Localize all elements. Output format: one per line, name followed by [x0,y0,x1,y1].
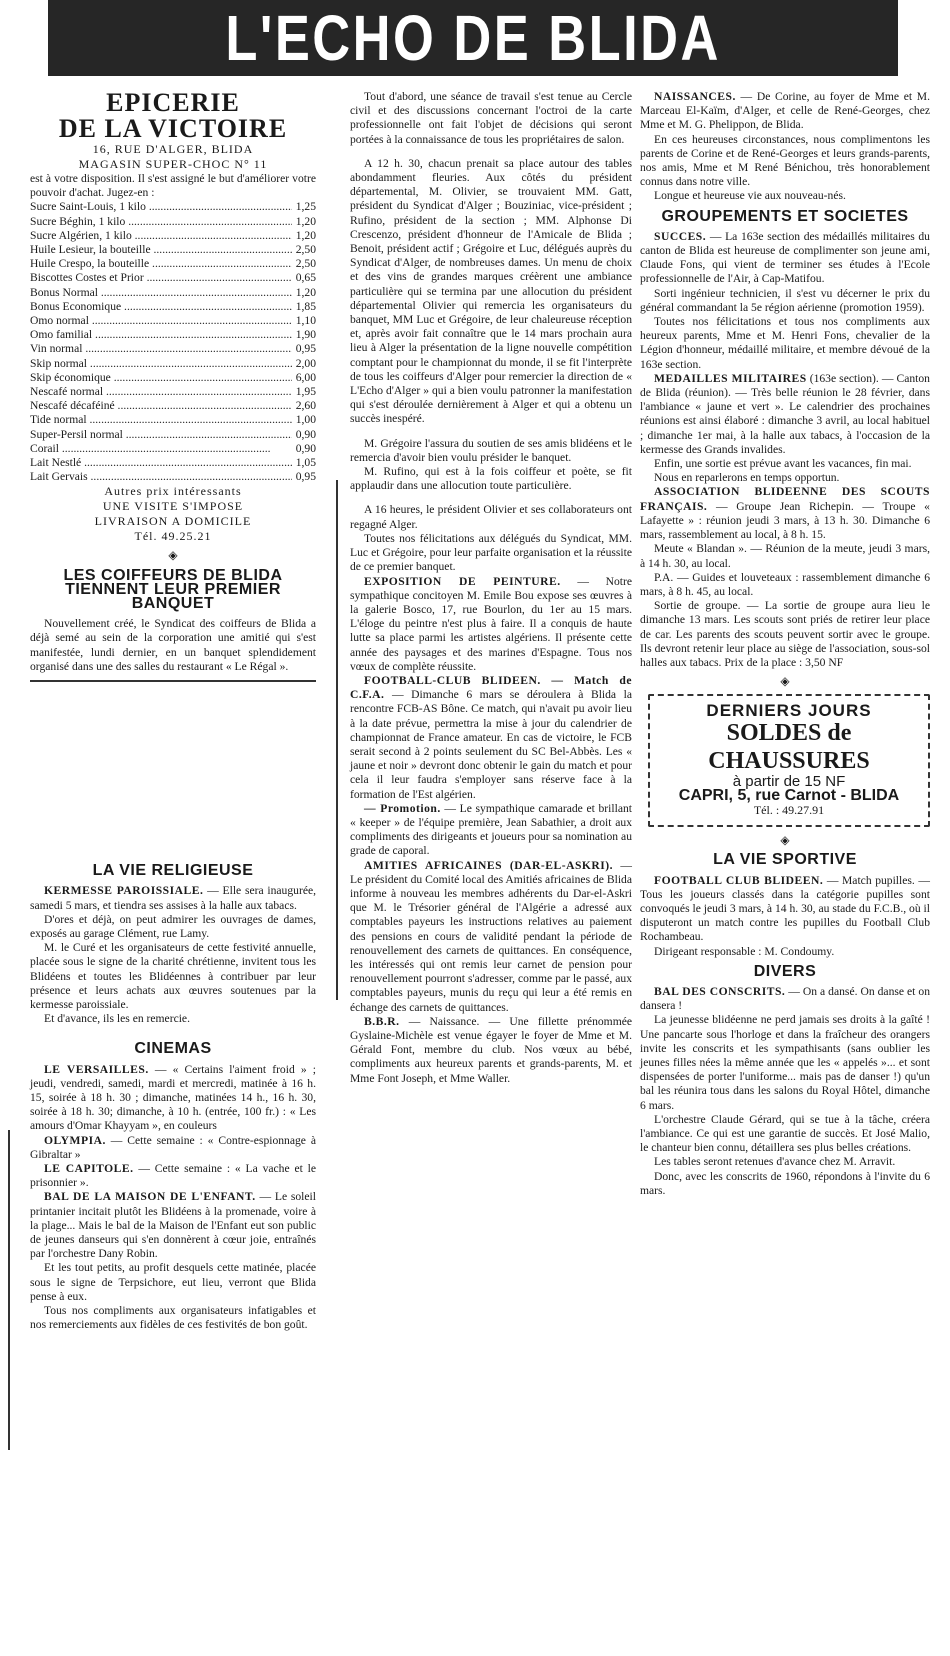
scouts-p3: P.A. — Guides et louveteaux : rassemblem… [640,571,930,599]
price-value: 1,25 [292,200,316,214]
price-value: 6,00 [292,371,316,385]
naissances-rubric: NAISSANCES. [654,90,736,103]
price-value: 0,90 [292,428,316,442]
price-value: 1,85 [292,300,316,314]
price-row: Sucre Algérien, 1 kilo1,20 [30,229,316,243]
coiffeurs-p5: M. Rufino, qui est à la fois coiffeur et… [350,465,632,493]
fcb-rubric: FOOTBALL CLUB BLIDEEN. [654,874,823,887]
succes-p2: Sorti ingénieur technicien, il s'est vu … [640,287,930,315]
price-row: Omo normal1,10 [30,314,316,328]
epicerie-footer-2: UNE VISITE S'IMPOSE [30,499,316,514]
promotion-rubric: — Promotion. [364,802,441,815]
scouts-p4: Sortie de groupe. — La sortie de groupe … [640,599,930,670]
price-row: Lait Nestlé1,05 [30,456,316,470]
price-value: 1,00 [292,413,316,427]
conscrits-p5: Donc, avec les conscrits de 1960, répond… [640,1170,930,1198]
divers-title: DIVERS [640,965,930,979]
price-item: Tide normal [30,413,292,427]
ornament-icon: ◈ [30,548,316,562]
price-value: 2,00 [292,357,316,371]
price-value: 1,20 [292,229,316,243]
price-value: 1,20 [292,286,316,300]
epicerie-phone: Tél. 49.25.21 [30,529,316,544]
price-item: Corail [30,442,292,456]
price-item: Huile Crespo, la bouteille [30,257,292,271]
epicerie-address: 16, RUE D'ALGER, BLIDA [30,142,316,157]
price-value: 0,65 [292,271,316,285]
price-value: 1,95 [292,385,316,399]
price-row: Tide normal1,00 [30,413,316,427]
price-value: 0,90 [292,442,316,456]
kermesse-p3: M. le Curé et les organisateurs de cette… [30,941,316,1012]
price-row: Skip normal2,00 [30,357,316,371]
column-rule [336,480,338,1000]
kermesse-p4: Et d'avance, ils les en remercie. [30,1012,316,1026]
conscrits-p2: La jeunesse blidéenne ne perd jamais ses… [640,1013,930,1112]
price-row: Sucre Béghin, 1 kilo1,20 [30,215,316,229]
sportive-title: LA VIE SPORTIVE [640,853,930,867]
price-item: Biscottes Costes et Prior [30,271,292,285]
succes-rubric: SUCCES. [654,230,706,243]
price-item: Nescafé décaféiné [30,399,292,413]
exposition-text: — Notre sympathique concitoyen M. Emile … [350,575,632,673]
religieuse-title: LA VIE RELIGIEUSE [30,864,316,878]
cinemas-title: CINEMAS [30,1042,316,1056]
kermesse-p2: D'ores et déjà, on peut admirer les ouvr… [30,913,316,941]
bal-enfant-rubric: BAL DE LA MAISON DE L'ENFANT. [44,1190,256,1203]
succes-p3: Toutes nos félicitations et tous nos com… [640,315,930,372]
shoe-ad-line2: SOLDES de CHAUSSURES [656,719,922,775]
ornament-icon: ◈ [640,833,930,847]
conscrits-rubric: BAL DES CONSCRITS. [654,985,785,998]
price-value: 1,20 [292,215,316,229]
column-3: NAISSANCES. — De Corine, au foyer de Mme… [640,90,930,1198]
column-rule [8,1130,10,1450]
price-value: 2,50 [292,243,316,257]
amities-rubric: AMITIES AFRICAINES (DAR-EL-ASKRI). [364,859,613,872]
naissances-p2: En ces heureuses circonstances, nous com… [640,133,930,190]
price-item: Omo normal [30,314,292,328]
shoe-ad-phone: Tél. : 49.27.91 [656,803,922,817]
conscrits-p3: L'orchestre Claude Gérard, qui se tue à … [640,1113,930,1156]
bal-enfant-p3: Tous nos compliments aux organisateurs i… [30,1304,316,1332]
coiffeurs-p1: Nouvellement créé, le Syndicat des coiff… [30,617,316,674]
coiffeurs-p3: A 12 h. 30, chacun prenait sa place auto… [350,157,632,427]
epicerie-store: MAGASIN SUPER-CHOC N° 11 [30,157,316,172]
shoe-ad-line1: DERNIERS JOURS [656,704,922,718]
price-list: Sucre Saint-Louis, 1 kilo1,25Sucre Béghi… [30,200,316,484]
price-item: Bonus Economique [30,300,292,314]
price-item: Lait Gervais [30,470,292,484]
price-value: 0,95 [292,342,316,356]
price-item: Sucre Algérien, 1 kilo [30,229,292,243]
price-row: Vin normal0,95 [30,342,316,356]
column-1: EPICERIE DE LA VICTOIRE 16, RUE D'ALGER,… [30,90,316,1332]
price-item: Sucre Béghin, 1 kilo [30,215,292,229]
price-row: Skip économique6,00 [30,371,316,385]
epicerie-intro: est à votre disposition. Il s'est assign… [30,172,316,200]
shoe-sale-ad: DERNIERS JOURS SOLDES de CHAUSSURES à pa… [648,694,930,827]
price-item: Nescafé normal [30,385,292,399]
price-row: Corail0,90 [30,442,316,456]
fcb-p2: Dirigeant responsable : M. Condoumy. [640,945,930,959]
cinema-versailles-rubric: LE VERSAILLES. [44,1063,149,1076]
football-text: — Dimanche 6 mars se déroulera à Blida l… [350,688,632,800]
newspaper-title: L'ECHO DE BLIDA [225,6,720,70]
epicerie-ad: EPICERIE DE LA VICTOIRE 16, RUE D'ALGER,… [30,90,316,544]
price-row: Bonus Economique1,85 [30,300,316,314]
ornament-icon: ◈ [640,674,930,688]
price-item: Omo familial [30,328,292,342]
column-2: Tout d'abord, une séance de travail s'es… [350,90,632,1086]
amities-text: — Le président du Comité local des Amiti… [350,859,632,1014]
epicerie-footer-1: Autres prix intéressants [30,484,316,499]
epicerie-title-2: DE LA VICTOIRE [30,116,316,142]
price-row: Bonus Normal1,20 [30,286,316,300]
price-row: Omo familial1,90 [30,328,316,342]
price-item: Skip économique [30,371,292,385]
price-row: Super-Persil normal0,90 [30,428,316,442]
coiffeurs-title: LES COIFFEURS DE BLIDA TIENNENT LEUR PRE… [30,569,316,612]
price-item: Skip normal [30,357,292,371]
price-row: Nescafé décaféiné2,60 [30,399,316,413]
price-item: Vin normal [30,342,292,356]
price-value: 1,05 [292,456,316,470]
price-row: Lait Gervais0,95 [30,470,316,484]
medailles-rubric: MEDAILLES MILITAIRES [654,372,807,385]
coiffeurs-p4: M. Grégoire l'assura du soutien de ses a… [350,437,632,465]
price-item: Sucre Saint-Louis, 1 kilo [30,200,292,214]
kermesse-rubric: KERMESSE PAROISSIALE. [44,884,203,897]
price-item: Lait Nestlé [30,456,292,470]
price-value: 2,50 [292,257,316,271]
groupements-title: GROUPEMENTS ET SOCIETES [640,210,930,224]
price-item: Bonus Normal [30,286,292,300]
coiffeurs-p2: Tout d'abord, une séance de travail s'es… [350,90,632,147]
medailles-p2: Enfin, une sortie est prévue avant les v… [640,457,930,471]
price-row: Huile Lesieur, la bouteille2,50 [30,243,316,257]
price-row: Nescafé normal1,95 [30,385,316,399]
coiffeurs-p6: A 16 heures, le président Olivier et ses… [350,503,632,531]
coiffeurs-p7: Toutes nos félicitations aux délégués du… [350,532,632,575]
price-row: Huile Crespo, la bouteille2,50 [30,257,316,271]
price-row: Biscottes Costes et Prior0,65 [30,271,316,285]
cinema-olympia-rubric: OLYMPIA. [44,1134,106,1147]
shoe-ad-line4: CAPRI, 5, rue Carnot - BLIDA [656,789,922,803]
bbr-rubric: B.B.R. [364,1015,400,1028]
masthead: L'ECHO DE BLIDA [48,0,898,76]
bal-enfant-p2: Et les tout petits, au profit desquels c… [30,1261,316,1304]
price-row: Sucre Saint-Louis, 1 kilo1,25 [30,200,316,214]
price-value: 0,95 [292,470,316,484]
price-item: Huile Lesieur, la bouteille [30,243,292,257]
price-value: 1,90 [292,328,316,342]
epicerie-title-1: EPICERIE [30,90,316,116]
price-value: 1,10 [292,314,316,328]
divider [30,680,316,682]
scouts-p2: Meute « Blandan ». — Réunion de la meute… [640,542,930,570]
cinema-capitole-rubric: LE CAPITOLE. [44,1162,134,1175]
conscrits-p4: Les tables seront retenues d'avance chez… [640,1155,930,1169]
naissances-p3: Longue et heureuse vie aux nouveau-nés. [640,189,930,203]
price-item: Super-Persil normal [30,428,292,442]
medailles-p3: Nous en reparlerons en temps opportun. [640,471,930,485]
exposition-rubric: EXPOSITION DE PEINTURE. [364,575,561,588]
epicerie-footer-3: LIVRAISON A DOMICILE [30,514,316,529]
price-value: 2,60 [292,399,316,413]
